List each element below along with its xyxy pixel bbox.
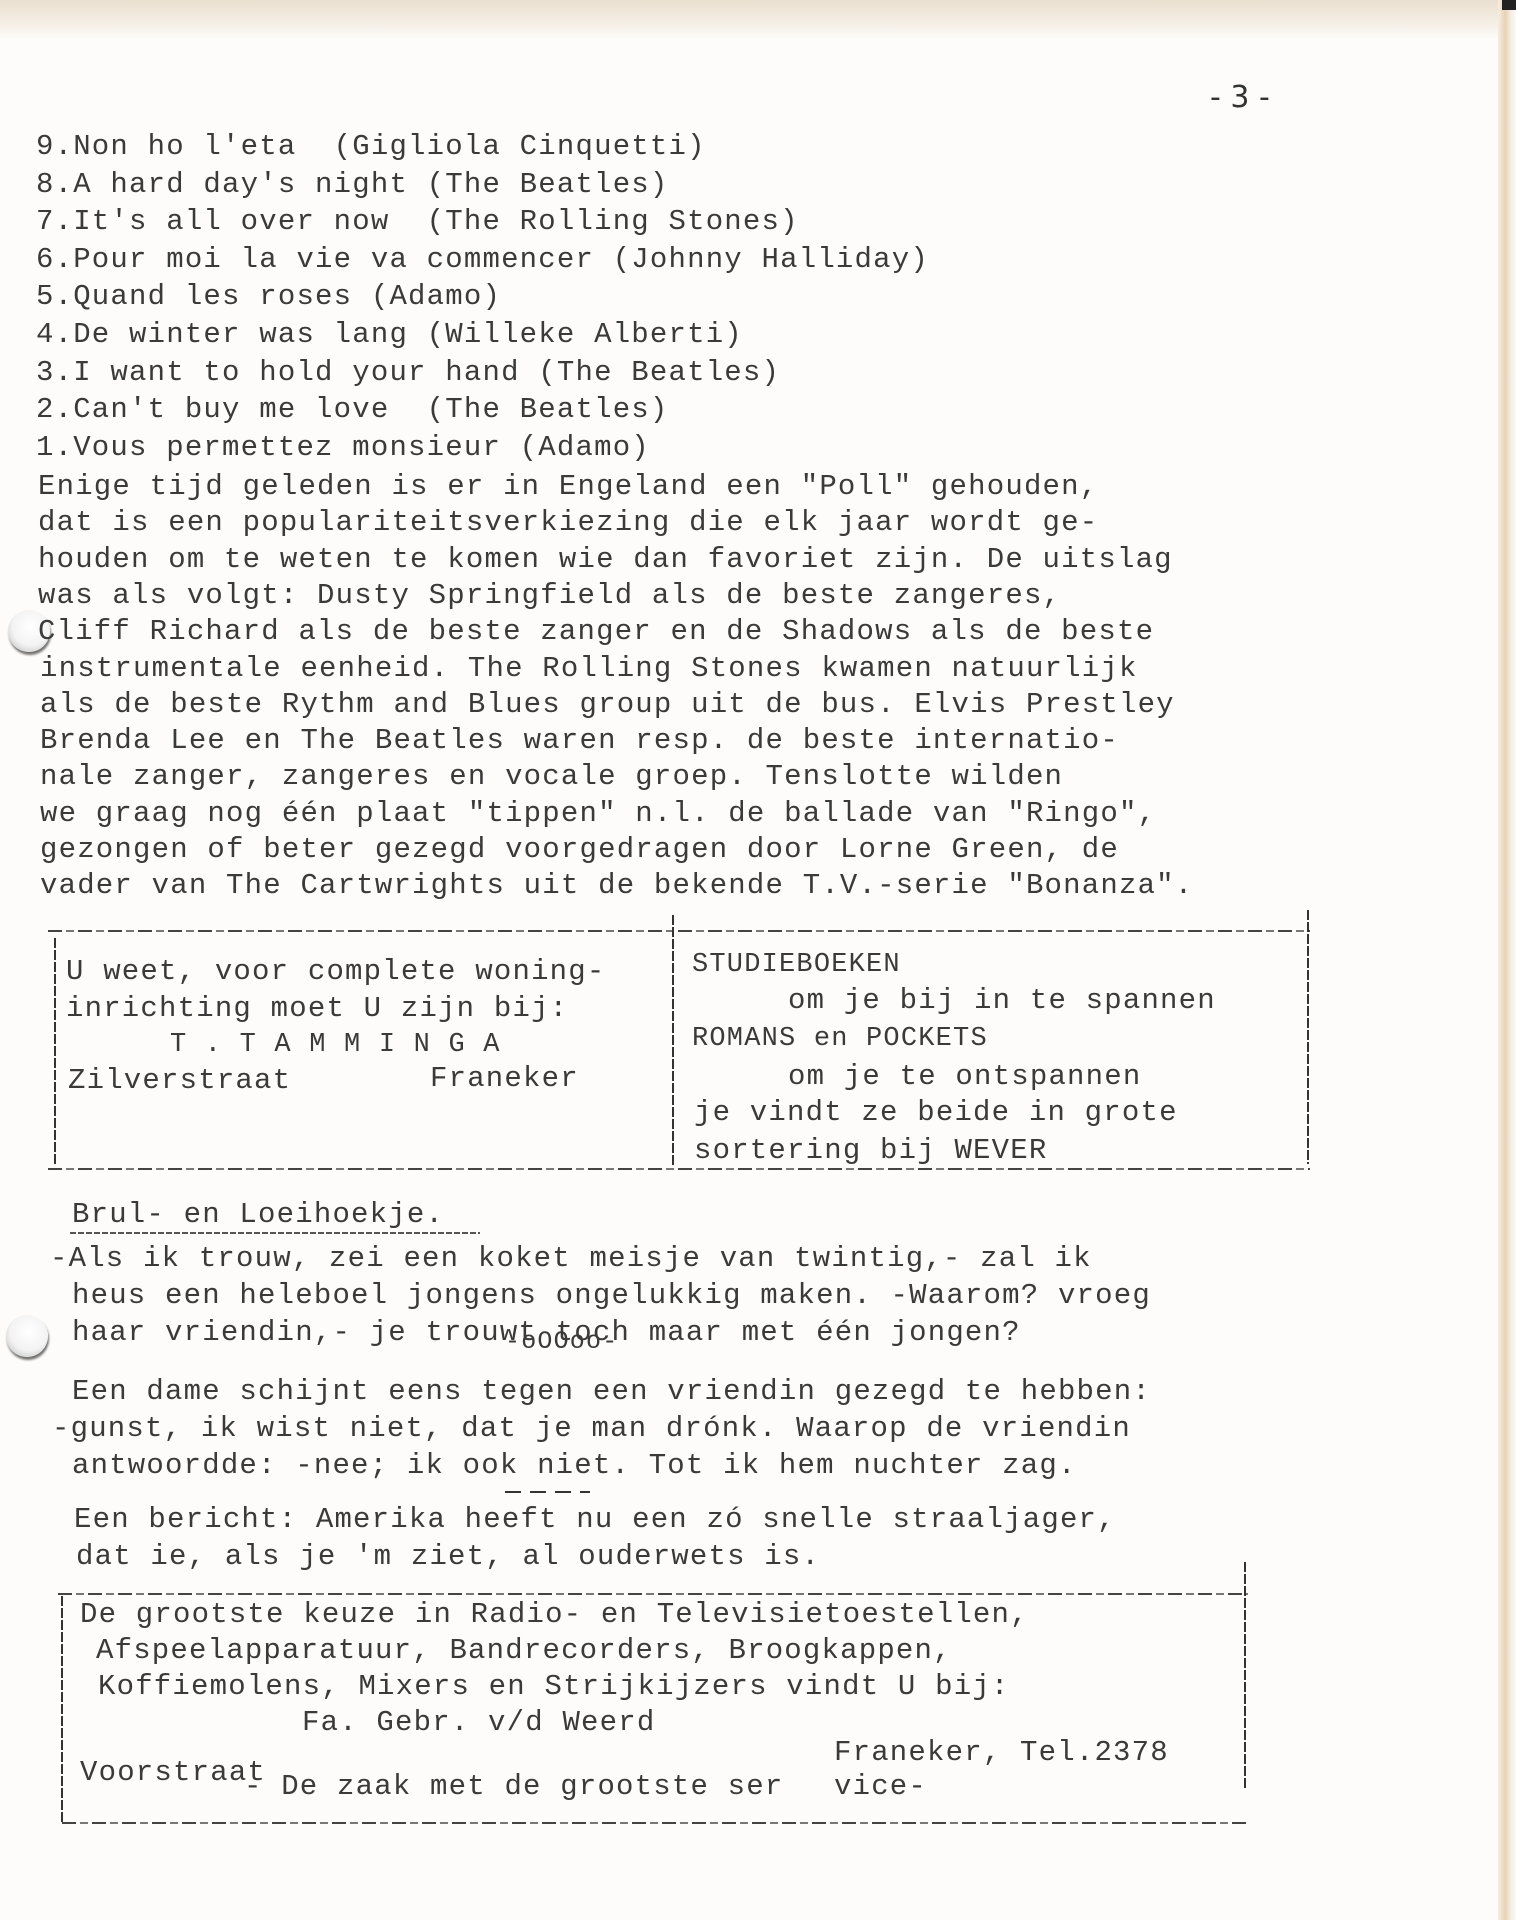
ad-box-bottom-border [48,1168,1310,1170]
paper-edge-right [1498,0,1516,1920]
ad-weerd-line2: Afspeelapparatuur, Bandrecorders, Broogk… [96,1634,952,1668]
ad-wever-line4: om je te ontspannen [788,1060,1141,1094]
ad-tamminga-city: Franeker [430,1062,579,1096]
joke1-line: heus een heleboel jongens ongelukkig mak… [72,1279,1151,1313]
overstrike-mark [505,1491,521,1493]
joke-separator: -oOOoo- [505,1325,618,1359]
hit-list-item: 2.Can't buy me love (The Beatles) [36,393,669,427]
overstrike-mark [580,1491,590,1493]
poll-line: houden om te weten te komen wie dan favo… [38,543,1173,577]
hit-list-item: 8.A hard day's night (The Beatles) [36,168,669,202]
ad-weerd-line1: De grootste keuze in Radio- en Televisie… [80,1598,1029,1632]
ad-tamminga-line2: inrichting moet U zijn bij: [66,992,568,1026]
hit-list-item: 3.I want to hold your hand (The Beatles) [36,356,780,390]
scan-corner [1502,0,1516,10]
poll-line: Brenda Lee en The Beatles waren resp. de… [40,724,1119,758]
ad-weerd-left-border [61,1596,63,1824]
hit-list-item: 4.De winter was lang (Willeke Alberti) [36,318,743,352]
jokes-heading: Brul- en Loeihoekje. [72,1198,444,1232]
punch-hole-lower [6,1315,48,1357]
ad-box-right-border [1307,910,1309,1164]
poll-line: gezongen of beter gezegd voorgedragen do… [40,833,1119,867]
poll-line: als de beste Rythm and Blues group uit d… [40,688,1175,722]
ad-wever-line6: sortering bij WEVER [694,1134,1047,1168]
ad-weerd-bottom-border [62,1822,1250,1824]
poll-line: we graag nog één plaat "tippen" n.l. de … [40,797,1156,831]
ad-weerd-right-border [1244,1562,1246,1788]
joke2-line: Een dame schijnt eens tegen een vriendin… [72,1375,1151,1409]
joke3-line: Een bericht: Amerika heeft nu een zó sne… [74,1503,1116,1537]
joke3-line: dat ie, als je 'm ziet, al ouderwets is. [76,1540,820,1574]
ad-wever-line3: ROMANS en POCKETS [692,1022,988,1056]
ad-box-top-border [48,930,1310,932]
hit-list-item: 1.Vous permettez monsieur (Adamo) [36,431,650,465]
poll-line: Enige tijd geleden is er in Engeland een… [38,470,1098,504]
poll-line: nale zanger, zangeres en vocale groep. T… [40,760,1063,794]
page-number: - 3 - [1210,80,1270,115]
hit-list-item: 7.It's all over now (The Rolling Stones) [36,205,799,239]
ad-weerd-street: Voorstraat [80,1756,266,1790]
overstrike-mark [555,1491,571,1493]
joke2-line: -gunst, ik wist niet, dat je man drónk. … [52,1412,1131,1446]
ad-tamminga-street: Zilverstraat [68,1064,291,1098]
ad-tamminga-name: T . T A M M I N G A [170,1028,501,1062]
ad-wever-line2: om je bij in te spannen [788,984,1216,1018]
ad-box-left-border [54,938,56,1164]
jokes-heading-underline [70,1232,480,1234]
hit-list-item: 6.Pour moi la vie va commencer (Johnny H… [36,243,929,277]
ad-weerd-line3: Koffiemolens, Mixers en Strijkijzers vin… [98,1670,1010,1704]
poll-line: vader van The Cartwrights uit de bekende… [40,869,1193,903]
overstrike-mark [530,1491,546,1493]
ad-wever-line5: je vindt ze beide in grote [694,1096,1178,1130]
ad-tamminga-line1: U weet, voor complete woning- [66,955,605,989]
ad-weerd-name: Fa. Gebr. v/d Weerd [302,1706,655,1740]
poll-line: was als volgt: Dusty Springfield als de … [38,579,1061,613]
ad-weerd-slogan-end: vice- [834,1770,927,1804]
hit-list-item: 9.Non ho l'eta (Gigliola Cinquetti) [36,130,706,164]
poll-line: dat is een populariteitsverkiezing die e… [38,506,1098,540]
ad-weerd-slogan: - De zaak met de grootste ser [244,1770,783,1804]
hit-list-item: 5.Quand les roses (Adamo) [36,280,501,314]
ad-wever-line1: STUDIEBOEKEN [692,948,901,982]
ad-weerd-city-tel: Franeker, Tel.2378 [834,1736,1169,1770]
ad-box-divider [672,915,674,1165]
joke1-line: -Als ik trouw, zei een koket meisje van … [50,1242,1092,1276]
poll-line: instrumentale eenheid. The Rolling Stone… [40,652,1138,686]
poll-line: Cliff Richard als de beste zanger en de … [38,615,1154,649]
ad-weerd-top-border [58,1593,1248,1595]
paper-stain-top [0,0,1516,40]
joke2-line: antwoordde: -nee; ik ook niet. Tot ik he… [72,1449,1077,1483]
